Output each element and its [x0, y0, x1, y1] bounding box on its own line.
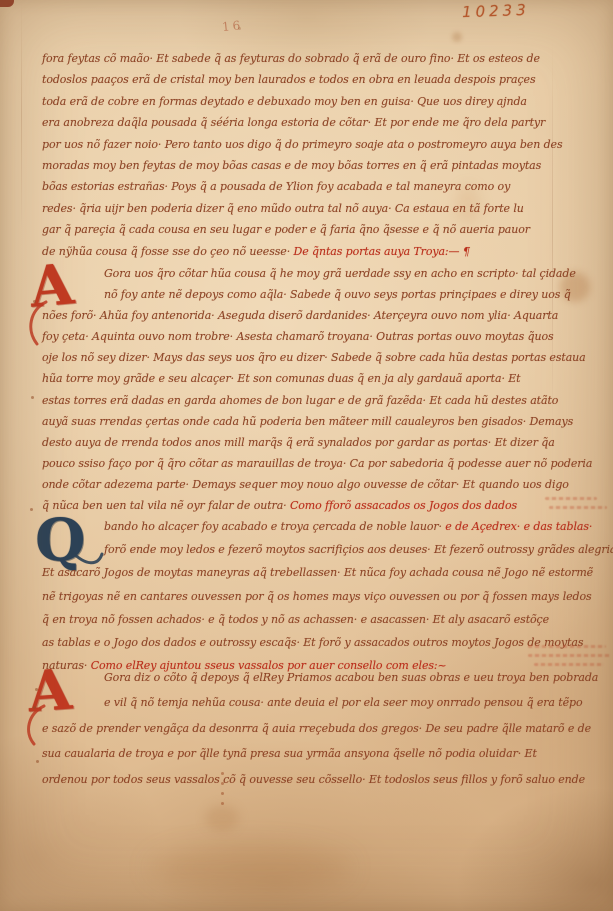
body-text: nõ foy ante nẽ depoys como aq̃la· Sabede… — [104, 288, 571, 301]
body-text: todoslos paaços erã de cristal moy ben l… — [42, 73, 536, 86]
body-text: onde cõtar adezema parte· Demays sequer … — [42, 478, 569, 491]
text-line: fora feytas cõ maão· Et sabede q̃ as fey… — [42, 52, 550, 73]
shelfmark-number: 10233 — [462, 1, 530, 21]
body-text: por uos nõ fazer noio· Pero tanto uos di… — [42, 138, 563, 151]
text-line: q̃ en troya nõ fossen achados· e q̃ todo… — [42, 613, 550, 636]
rubric-text: Como fforõ assacados os Jogos dos dados — [290, 499, 517, 512]
text-line: onde cõtar adezema parte· Demays sequer … — [42, 478, 550, 499]
body-text: era anobreza daq̃la pousada q̃ sééria lo… — [42, 116, 545, 129]
text-line: gar q̃ pareçia q̃ cada cousa en seu luga… — [42, 223, 550, 244]
body-text: nẽ trigoyas nẽ en cantares ouvessen por … — [42, 590, 592, 603]
text-line: Gora uos q̃ro cõtar hũa cousa q̃ he moy … — [42, 267, 550, 288]
body-text: Gora uos q̃ro cõtar hũa cousa q̃ he moy … — [104, 267, 576, 280]
text-line: nẽ trigoyas nẽ en cantares ouvessen por … — [42, 590, 550, 613]
body-text: auyã suas rrendas çertas onde cada hũ po… — [42, 415, 573, 428]
text-line: bando ho alcaçer foy acabado e troya çer… — [42, 520, 550, 543]
text-line: auyã suas rrendas çertas onde cada hũ po… — [42, 415, 550, 436]
body-text: forõ ende moy ledos e fezerõ moytos sacr… — [104, 543, 613, 556]
ink-speck — [31, 396, 34, 399]
stain — [150, 845, 350, 891]
body-text: redes· q̃ria uijr ben poderia dizer q̃ e… — [42, 202, 524, 215]
body-text: gar q̃ pareçia q̃ cada cousa en seu luga… — [42, 223, 530, 236]
text-line: ordenou por todos seus vassalos cõ q̃ ou… — [42, 773, 550, 798]
body-text: sua caualaria de troya e por q̃lle tynã … — [42, 747, 537, 760]
text-line: nões forõ· Ahũa foy antenorida· Aseguda … — [42, 309, 550, 330]
text-line: oje los nõ sey dizer· Mays das seys uos … — [42, 351, 550, 372]
crease-line — [21, 0, 22, 230]
ink-speck — [30, 508, 33, 511]
folio-number: 16 — [221, 18, 244, 34]
text-line: Et asacarõ Jogos de moytas maneyras aq̃ … — [42, 566, 550, 589]
body-text: as tablas e o Jogo dos dados e outrossy … — [42, 636, 583, 649]
text-line: hũa torre moy grãde e seu alcaçer· Et so… — [42, 372, 550, 393]
body-text: foy çeta· Aquinta ouvo nom trobre· Asest… — [42, 330, 554, 343]
marginal-note — [528, 645, 610, 672]
text-line: q̃ nũca ben uen tal vila nẽ oyr falar de… — [42, 499, 550, 520]
body-text: oje los nõ sey dizer· Mays das seys uos … — [42, 351, 586, 364]
body-text: estas torres erã dadas en garda ahomes d… — [42, 394, 558, 407]
text-line: e sazõ de prender vengãça da desonrra q̃… — [42, 722, 550, 747]
rubric-text: e de Açedrex· e das tablas· — [445, 520, 592, 533]
text-block-sobrado: fora feytas cõ maão· Et sabede q̃ as fey… — [42, 52, 550, 266]
body-text: desto auya de rrenda todos anos mill mar… — [42, 436, 555, 449]
body-text: moradas moy ben feytas de moy bõas casas… — [42, 159, 541, 172]
text-line: estas torres erã dadas en garda ahomes d… — [42, 394, 550, 415]
text-line: todoslos paaços erã de cristal moy ben l… — [42, 73, 550, 94]
ink-speck — [238, 27, 241, 30]
body-text: e vil q̃ nõ temja nehũa cousa· ante deui… — [104, 696, 582, 709]
stain — [452, 32, 462, 42]
manuscript-page: 10233 16 A Q A fora feytas cõ maão· Et s… — [0, 0, 613, 911]
body-text: bando ho alcaçer foy acabado e troya çer… — [104, 520, 445, 533]
body-text: Gora diz o cõto q̃ depoys q̃ elRey Priam… — [104, 671, 598, 684]
text-line: redes· q̃ria uijr ben poderia dizer q̃ e… — [42, 202, 550, 223]
text-line: toda erã de cobre en formas deytado e de… — [42, 95, 550, 116]
rubric-text: De q̃ntas portas auya Troya:— ¶ — [294, 245, 470, 258]
text-line: desto auya de rrenda todos anos mill mar… — [42, 436, 550, 457]
body-text: toda erã de cobre en formas deytado e de… — [42, 95, 527, 108]
text-line: bõas estorias estrañas· Poys q̃ a pousad… — [42, 180, 550, 201]
marginal-note — [545, 497, 603, 515]
text-line: nõ foy ante nẽ depoys como aq̃la· Sabede… — [42, 288, 550, 309]
text-line: Gora diz o cõto q̃ depoys q̃ elRey Priam… — [42, 671, 550, 696]
text-block-portas-de-troya: Gora uos q̃ro cõtar hũa cousa q̃ he moy … — [42, 267, 550, 520]
text-line: foy çeta· Aquinta ouvo nom trobre· Asest… — [42, 330, 550, 351]
text-line: sua caualaria de troya e por q̃lle tynã … — [42, 747, 550, 772]
ink-speck — [36, 760, 39, 763]
ink-speck — [33, 706, 36, 709]
body-text: ordenou por todos seus vassalos cõ q̃ ou… — [42, 773, 585, 786]
text-line: as tablas e o Jogo dos dados e outrossy … — [42, 636, 550, 659]
body-text: q̃ nũca ben uen tal vila nẽ oyr falar de… — [42, 499, 290, 512]
text-line: por uos nõ fazer noio· Pero tanto uos di… — [42, 138, 550, 159]
body-text: de nỹhũa cousa q̃ fosse sse do çeo nõ ue… — [42, 245, 294, 258]
body-text: nões forõ· Ahũa foy antenorida· Aseguda … — [42, 309, 558, 322]
body-text: e sazõ de prender vengãça da desonrra q̃… — [42, 722, 591, 735]
body-text: q̃ en troya nõ fossen achados· e q̃ todo… — [42, 613, 549, 626]
text-line: era anobreza daq̃la pousada q̃ sééria lo… — [42, 116, 550, 137]
text-block-consello: Gora diz o cõto q̃ depoys q̃ elRey Priam… — [42, 671, 550, 798]
body-text: pouco ssiso faço por q̃ q̃ro cõtar as ma… — [42, 457, 592, 470]
text-line: forõ ende moy ledos e fezerõ moytos sacr… — [42, 543, 550, 566]
ink-speck — [35, 688, 38, 691]
body-text: bõas estorias estrañas· Poys q̃ a pousad… — [42, 180, 510, 193]
text-block-jogos: bando ho alcaçer foy acabado e troya çer… — [42, 520, 550, 682]
binding-edge-mark — [0, 0, 14, 7]
text-line: moradas moy ben feytas de moy bõas casas… — [42, 159, 550, 180]
text-line: de nỹhũa cousa q̃ fosse sse do çeo nõ ue… — [42, 245, 550, 266]
body-text: hũa torre moy grãde e seu alcaçer· Et so… — [42, 372, 521, 385]
body-text: Et asacarõ Jogos de moytas maneyras aq̃ … — [42, 566, 593, 579]
dotted-guide-marks — [221, 772, 224, 812]
text-line: e vil q̃ nõ temja nehũa cousa· ante deui… — [42, 696, 550, 721]
ink-speck — [33, 300, 36, 303]
text-line: pouco ssiso faço por q̃ q̃ro cõtar as ma… — [42, 457, 550, 478]
body-text: fora feytas cõ maão· Et sabede q̃ as fey… — [42, 52, 540, 65]
